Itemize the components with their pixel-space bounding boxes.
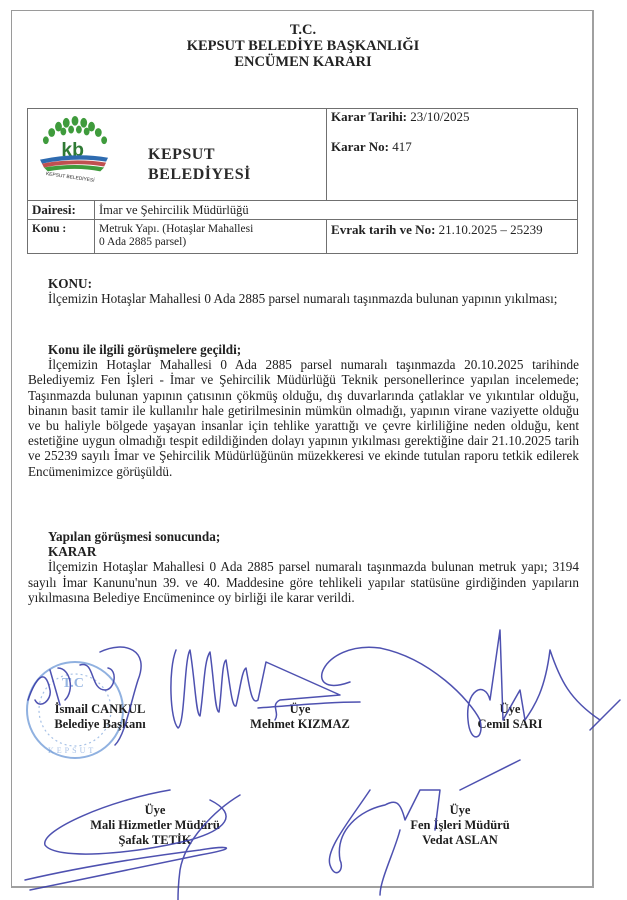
signer-role: Üye [375, 803, 545, 818]
decision-info-table: kb KEPSUT BELEDİYESİ KEPSUT BELEDİYESİ K… [27, 108, 578, 254]
section-subject: KONU: İlçemizin Hotaşlar Mahallesi 0 Ada… [28, 276, 579, 306]
section-discussion: Konu ile ilgili görüşmelere geçildi; İlç… [28, 342, 579, 479]
signature-member-4: Üye Fen İşleri Müdürü Vedat ASLAN [375, 803, 545, 848]
signer-title: Belediye Başkanı [40, 717, 160, 732]
signature-member-3: Üye Mali Hizmetler Müdürü Şafak TETİK [60, 803, 250, 848]
signature-member-2: Üye Cemil SARI [455, 702, 565, 732]
kepsut-belediyesi-logo-icon: kb KEPSUT BELEDİYESİ [36, 115, 114, 183]
signer-name: Cemil SARI [455, 717, 565, 732]
signer-role: Üye [225, 702, 375, 717]
decision-date: Karar Tarihi: 23/10/2025 [331, 109, 573, 125]
decision-meta: Karar Tarihi: 23/10/2025 Karar No: 417 [327, 109, 578, 201]
org-name: KEPSUT BELEDİYESİ [148, 145, 251, 185]
signer-name: Vedat ASLAN [375, 833, 545, 848]
section-subject-text: İlçemizin Hotaşlar Mahallesi 0 Ada 2885 … [28, 291, 579, 306]
section-discussion-heading: Konu ile ilgili görüşmelere geçildi; [28, 342, 579, 357]
header-institution: KEPSUT BELEDİYE BAŞKANLIĞI [0, 38, 606, 54]
signer-title: Mali Hizmetler Müdürü [60, 818, 250, 833]
svg-text:KEPSUT BELEDİYESİ: KEPSUT BELEDİYESİ [46, 170, 95, 183]
section-decision-heading: KARAR [28, 544, 579, 559]
signer-name: İsmail CANKUL [40, 702, 160, 717]
logo-cell: kb KEPSUT BELEDİYESİ KEPSUT BELEDİYESİ [28, 109, 327, 201]
signer-role: Üye [60, 803, 250, 818]
signer-name: Şafak TETİK [60, 833, 250, 848]
section-discussion-text: İlçemizin Hotaşlar Mahallesi 0 Ada 2885 … [28, 357, 579, 479]
section-result-heading: Yapılan görüşmesi sonucunda; [28, 529, 579, 544]
section-decision: Yapılan görüşmesi sonucunda; KARAR İlçem… [28, 529, 579, 605]
svg-text:T.C: T.C [62, 676, 84, 691]
department-label: Dairesi: [28, 201, 95, 220]
signer-title: Fen İşleri Müdürü [375, 818, 545, 833]
department-value: İmar ve Şehircilik Müdürlüğü [95, 201, 578, 220]
header-doc-type: ENCÜMEN KARARI [0, 54, 606, 70]
svg-text:KEPSUT: KEPSUT [48, 746, 96, 755]
section-subject-heading: KONU: [28, 276, 579, 291]
header-tc: T.C. [0, 22, 606, 38]
signature-mayor: İsmail CANKUL Belediye Başkanı [40, 702, 160, 732]
decision-number: Karar No: 417 [331, 139, 573, 155]
section-decision-text: İlçemizin Hotaşlar Mahallesi 0 Ada 2885 … [28, 559, 579, 605]
signer-name: Mehmet KIZMAZ [225, 717, 375, 732]
signature-member-1: Üye Mehmet KIZMAZ [225, 702, 375, 732]
subject-label: Konu : [28, 220, 95, 254]
subject-value: Metruk Yapı. (Hotaşlar Mahallesi 0 Ada 2… [95, 220, 327, 254]
document-header: T.C. KEPSUT BELEDİYE BAŞKANLIĞI ENCÜMEN … [0, 22, 606, 70]
document-ref: Evrak tarih ve No: 21.10.2025 – 25239 [327, 220, 578, 254]
signer-role: Üye [455, 702, 565, 717]
